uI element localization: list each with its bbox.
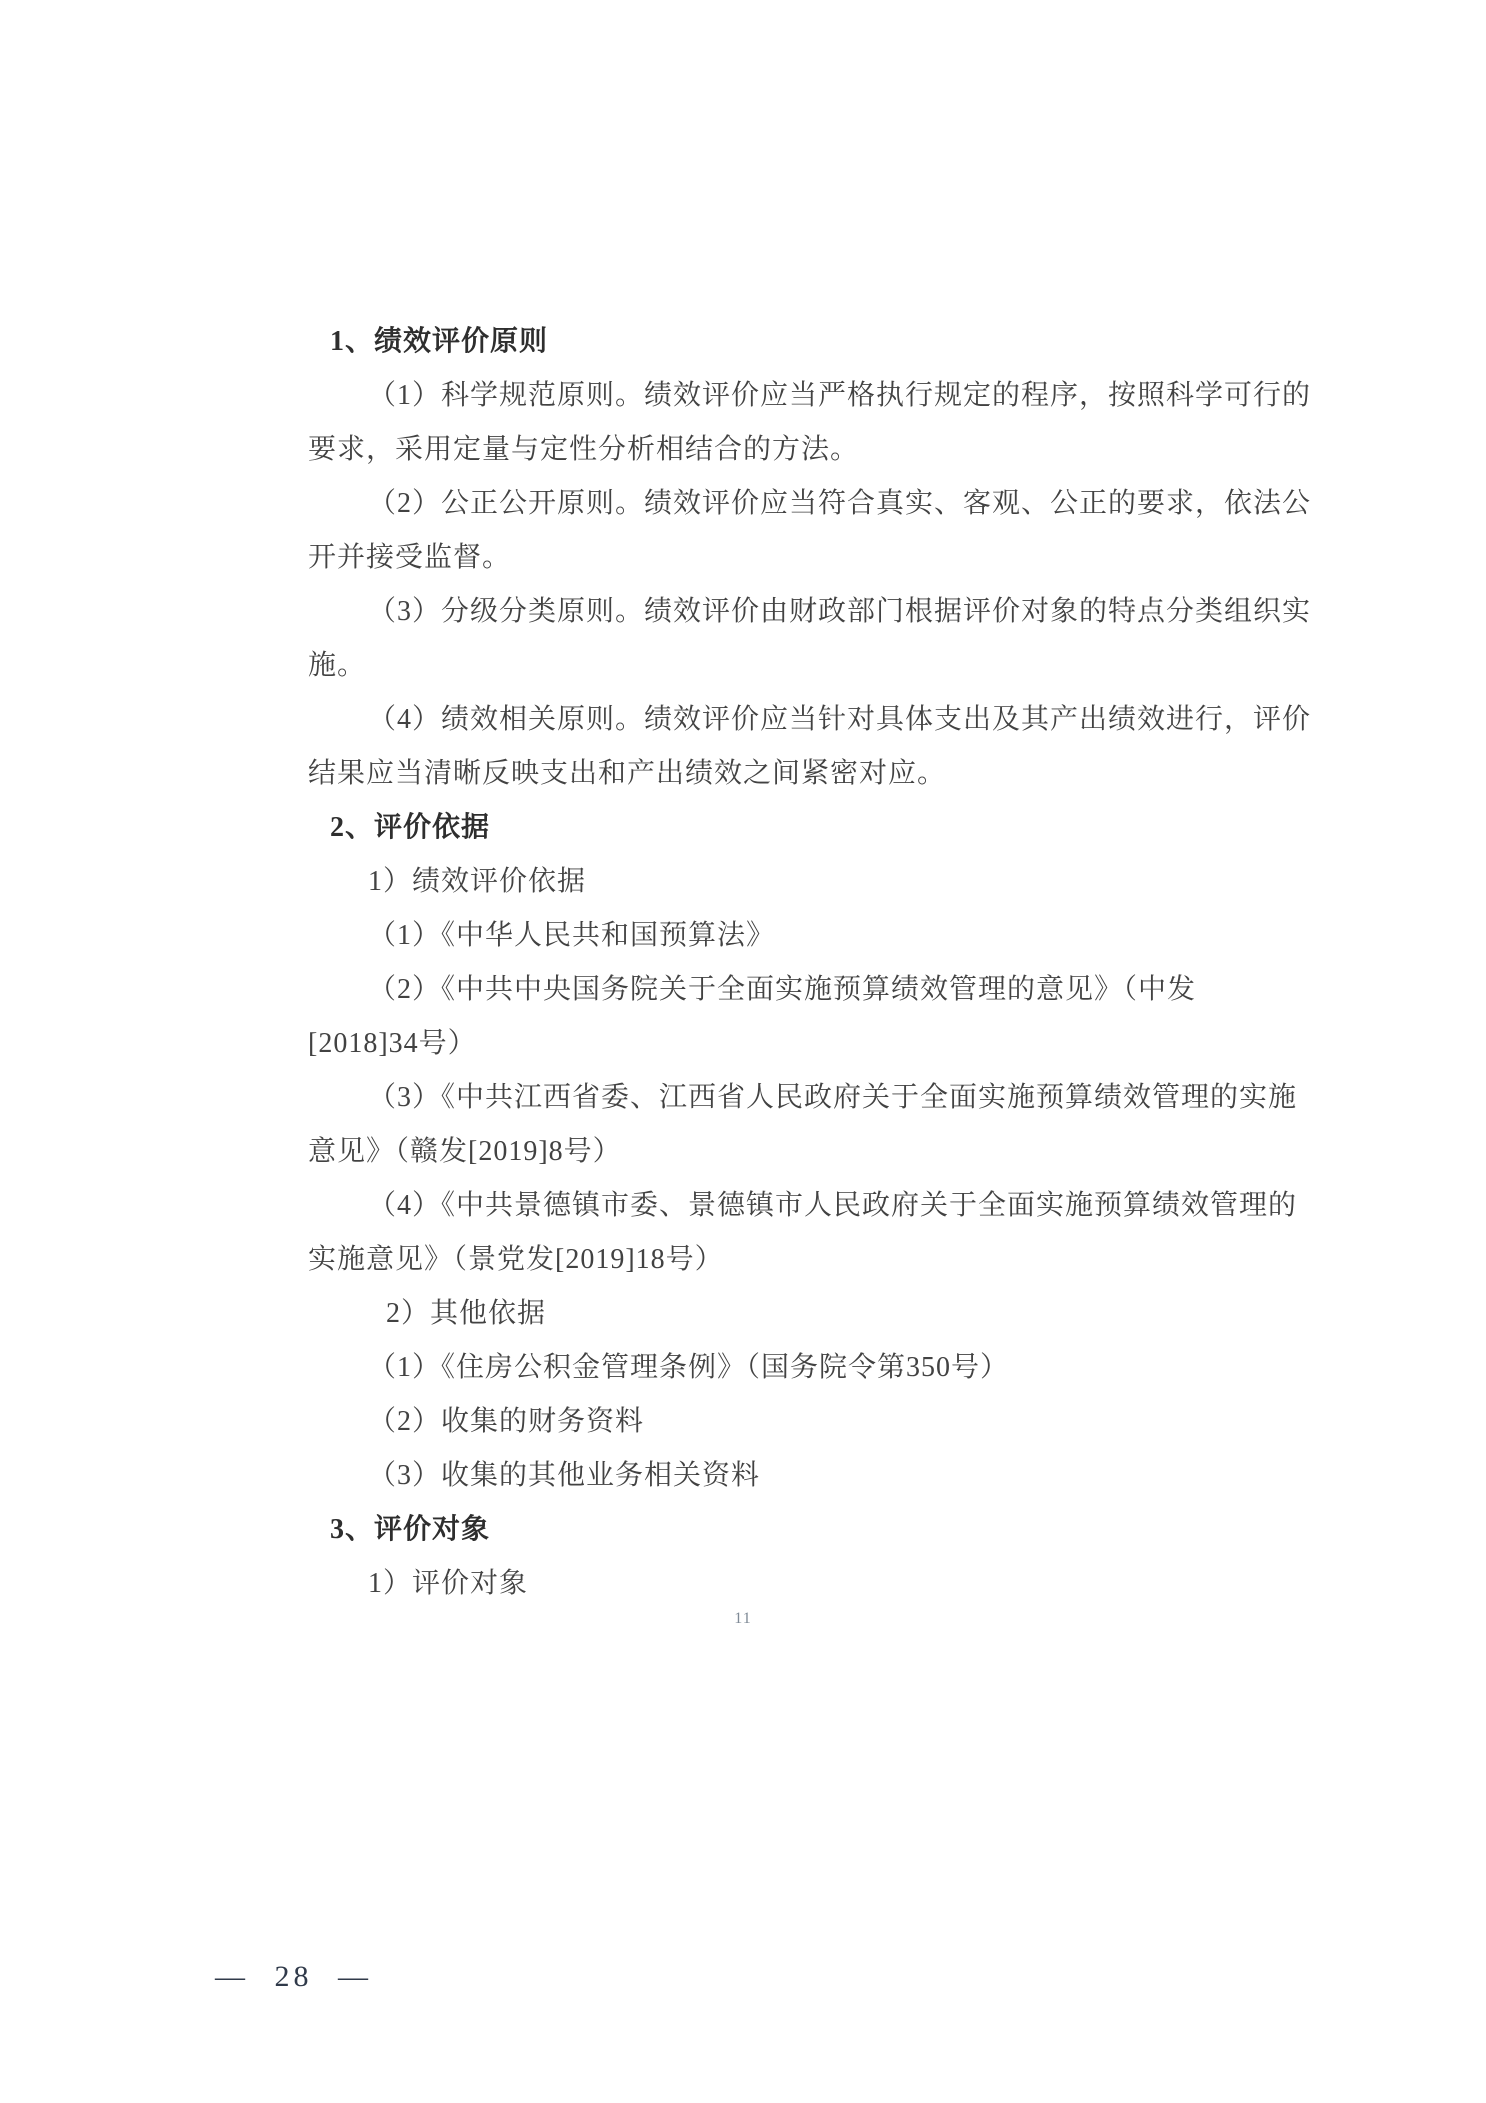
body-text-line: 2）其他依据	[386, 1287, 1486, 1341]
body-text-line: 开并接受监督。	[308, 531, 1486, 585]
body-text-line: （1）《住房公积金管理条例》（国务院令第350号）	[368, 1341, 1486, 1395]
body-text-line: （2）公正公开原则。绩效评价应当符合真实、客观、公正的要求，依法公	[368, 477, 1486, 531]
body-text-line: 1）绩效评价依据	[368, 855, 1486, 909]
section-heading: 3、评价对象	[330, 1503, 1486, 1557]
body-text-line: （2）《中共中央国务院关于全面实施预算绩效管理的意见》（中发	[368, 963, 1486, 1017]
section-heading: 2、评价依据	[330, 801, 1486, 855]
body-text-line: 意见》（赣发[2019]8号）	[308, 1125, 1486, 1179]
body-text-line: （1）《中华人民共和国预算法》	[368, 909, 1486, 963]
body-text-line: （4）绩效相关原则。绩效评价应当针对具体支出及其产出绩效进行，评价	[368, 693, 1486, 747]
body-text-line: 要求，采用定量与定性分析相结合的方法。	[308, 423, 1486, 477]
body-text-line: 结果应当清晰反映支出和产出绩效之间紧密对应。	[308, 747, 1486, 801]
body-text-line: 施。	[308, 639, 1486, 693]
body-text-line: （1）科学规范原则。绩效评价应当严格执行规定的程序，按照科学可行的	[368, 369, 1486, 423]
body-text-line: （3）收集的其他业务相关资料	[368, 1449, 1486, 1503]
body-text-line: 1）评价对象	[368, 1557, 1486, 1611]
inner-page-number: 11	[0, 1610, 1486, 1628]
section-heading: 1、绩效评价原则	[330, 315, 1486, 369]
body-text-line: （4）《中共景德镇市委、景德镇市人民政府关于全面实施预算绩效管理的	[368, 1179, 1486, 1233]
footer-page-number: — 28 —	[215, 1960, 372, 1994]
body-text-line: （2）收集的财务资料	[368, 1395, 1486, 1449]
document-body: 1、绩效评价原则 （1）科学规范原则。绩效评价应当严格执行规定的程序，按照科学可…	[0, 315, 1486, 1611]
body-text-line: [2018]34号）	[308, 1017, 1486, 1071]
body-text-line: （3）分级分类原则。绩效评价由财政部门根据评价对象的特点分类组织实	[368, 585, 1486, 639]
body-text-line: 实施意见》（景党发[2019]18号）	[308, 1233, 1486, 1287]
body-text-line: （3）《中共江西省委、江西省人民政府关于全面实施预算绩效管理的实施	[368, 1071, 1486, 1125]
document-page: 1、绩效评价原则 （1）科学规范原则。绩效评价应当严格执行规定的程序，按照科学可…	[0, 0, 1486, 2103]
